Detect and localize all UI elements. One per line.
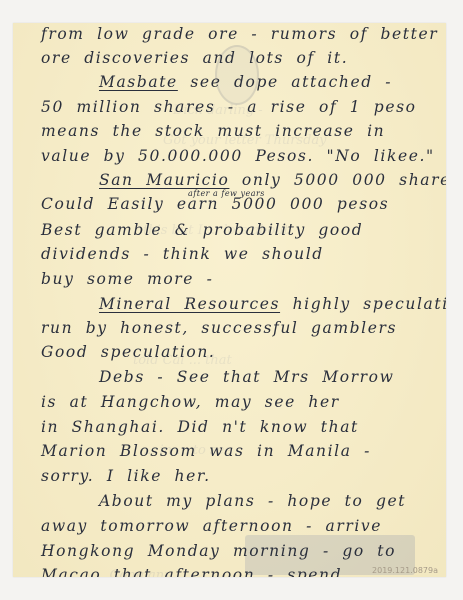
line-text: in Shanghai. Did n't know that (41, 418, 359, 436)
underlined-heading: Mineral Resources (99, 295, 280, 313)
line-text: dividends - think we should (41, 245, 324, 263)
line-text: only 5000 000 shares (229, 171, 446, 189)
handwritten-line: means the stock must increase in (41, 122, 426, 150)
line-text: Macao that afternoon - spend (41, 566, 342, 577)
line-text: sorry. I like her. (41, 467, 211, 485)
line-text: means the stock must increase in (41, 122, 385, 140)
handwritten-line: sorry. I like her. (41, 467, 426, 495)
letter-page: Dick darling - Got your letter Thursday … (13, 23, 446, 577)
handwritten-line: Could Easily earn 5000 000 pesos (41, 195, 426, 223)
handwritten-line: away tomorrow afternoon - arrive (41, 517, 426, 545)
line-text: Best gamble & probability good (41, 221, 363, 239)
interlinear-insert: after a few years (188, 189, 265, 198)
line-text: Debs - See that Mrs Morrow (99, 368, 394, 386)
line-text: 50 million shares - a rise of 1 peso (41, 98, 417, 116)
line-text: buy some more - (41, 270, 213, 288)
line-text: Marion Blossom was in Manila - (41, 442, 371, 460)
line-text: value by 50.000.000 Pesos. "No likee." (41, 147, 435, 165)
line-text: ore discoveries and lots of it. (41, 49, 348, 67)
handwritten-line: Marion Blossom was in Manila - (41, 442, 426, 470)
underlined-heading: Masbate (99, 73, 178, 91)
handwritten-line: Debs - See that Mrs Morrow (41, 368, 426, 396)
underlined-heading: San Mauricio (99, 171, 229, 189)
line-text: Hongkong Monday morning - go to (41, 542, 396, 560)
catalog-number: 2019.121.0879a (372, 566, 438, 575)
line-text: is at Hangchow, may see her (41, 393, 340, 411)
line-text: About my plans - hope to get (99, 492, 406, 510)
line-text: Good speculation. (41, 343, 215, 361)
line-text: see dope attached - (178, 73, 392, 91)
handwritten-line: Macao that afternoon - spend (41, 566, 426, 577)
handwritten-line: buy some more - (41, 270, 426, 298)
handwritten-line: is at Hangchow, may see her (41, 393, 426, 421)
line-text: run by honest, successful gamblers (41, 319, 397, 337)
line-text: away tomorrow afternoon - arrive (41, 517, 382, 535)
handwritten-line: dividends - think we should (41, 245, 426, 273)
handwritten-line: Masbate see dope attached - (41, 73, 426, 101)
line-text: highly speculative (280, 295, 446, 313)
handwritten-line: About my plans - hope to get (41, 492, 426, 520)
line-text: from low grade ore - rumors of better (41, 25, 438, 43)
handwritten-line: Good speculation. (41, 343, 426, 371)
